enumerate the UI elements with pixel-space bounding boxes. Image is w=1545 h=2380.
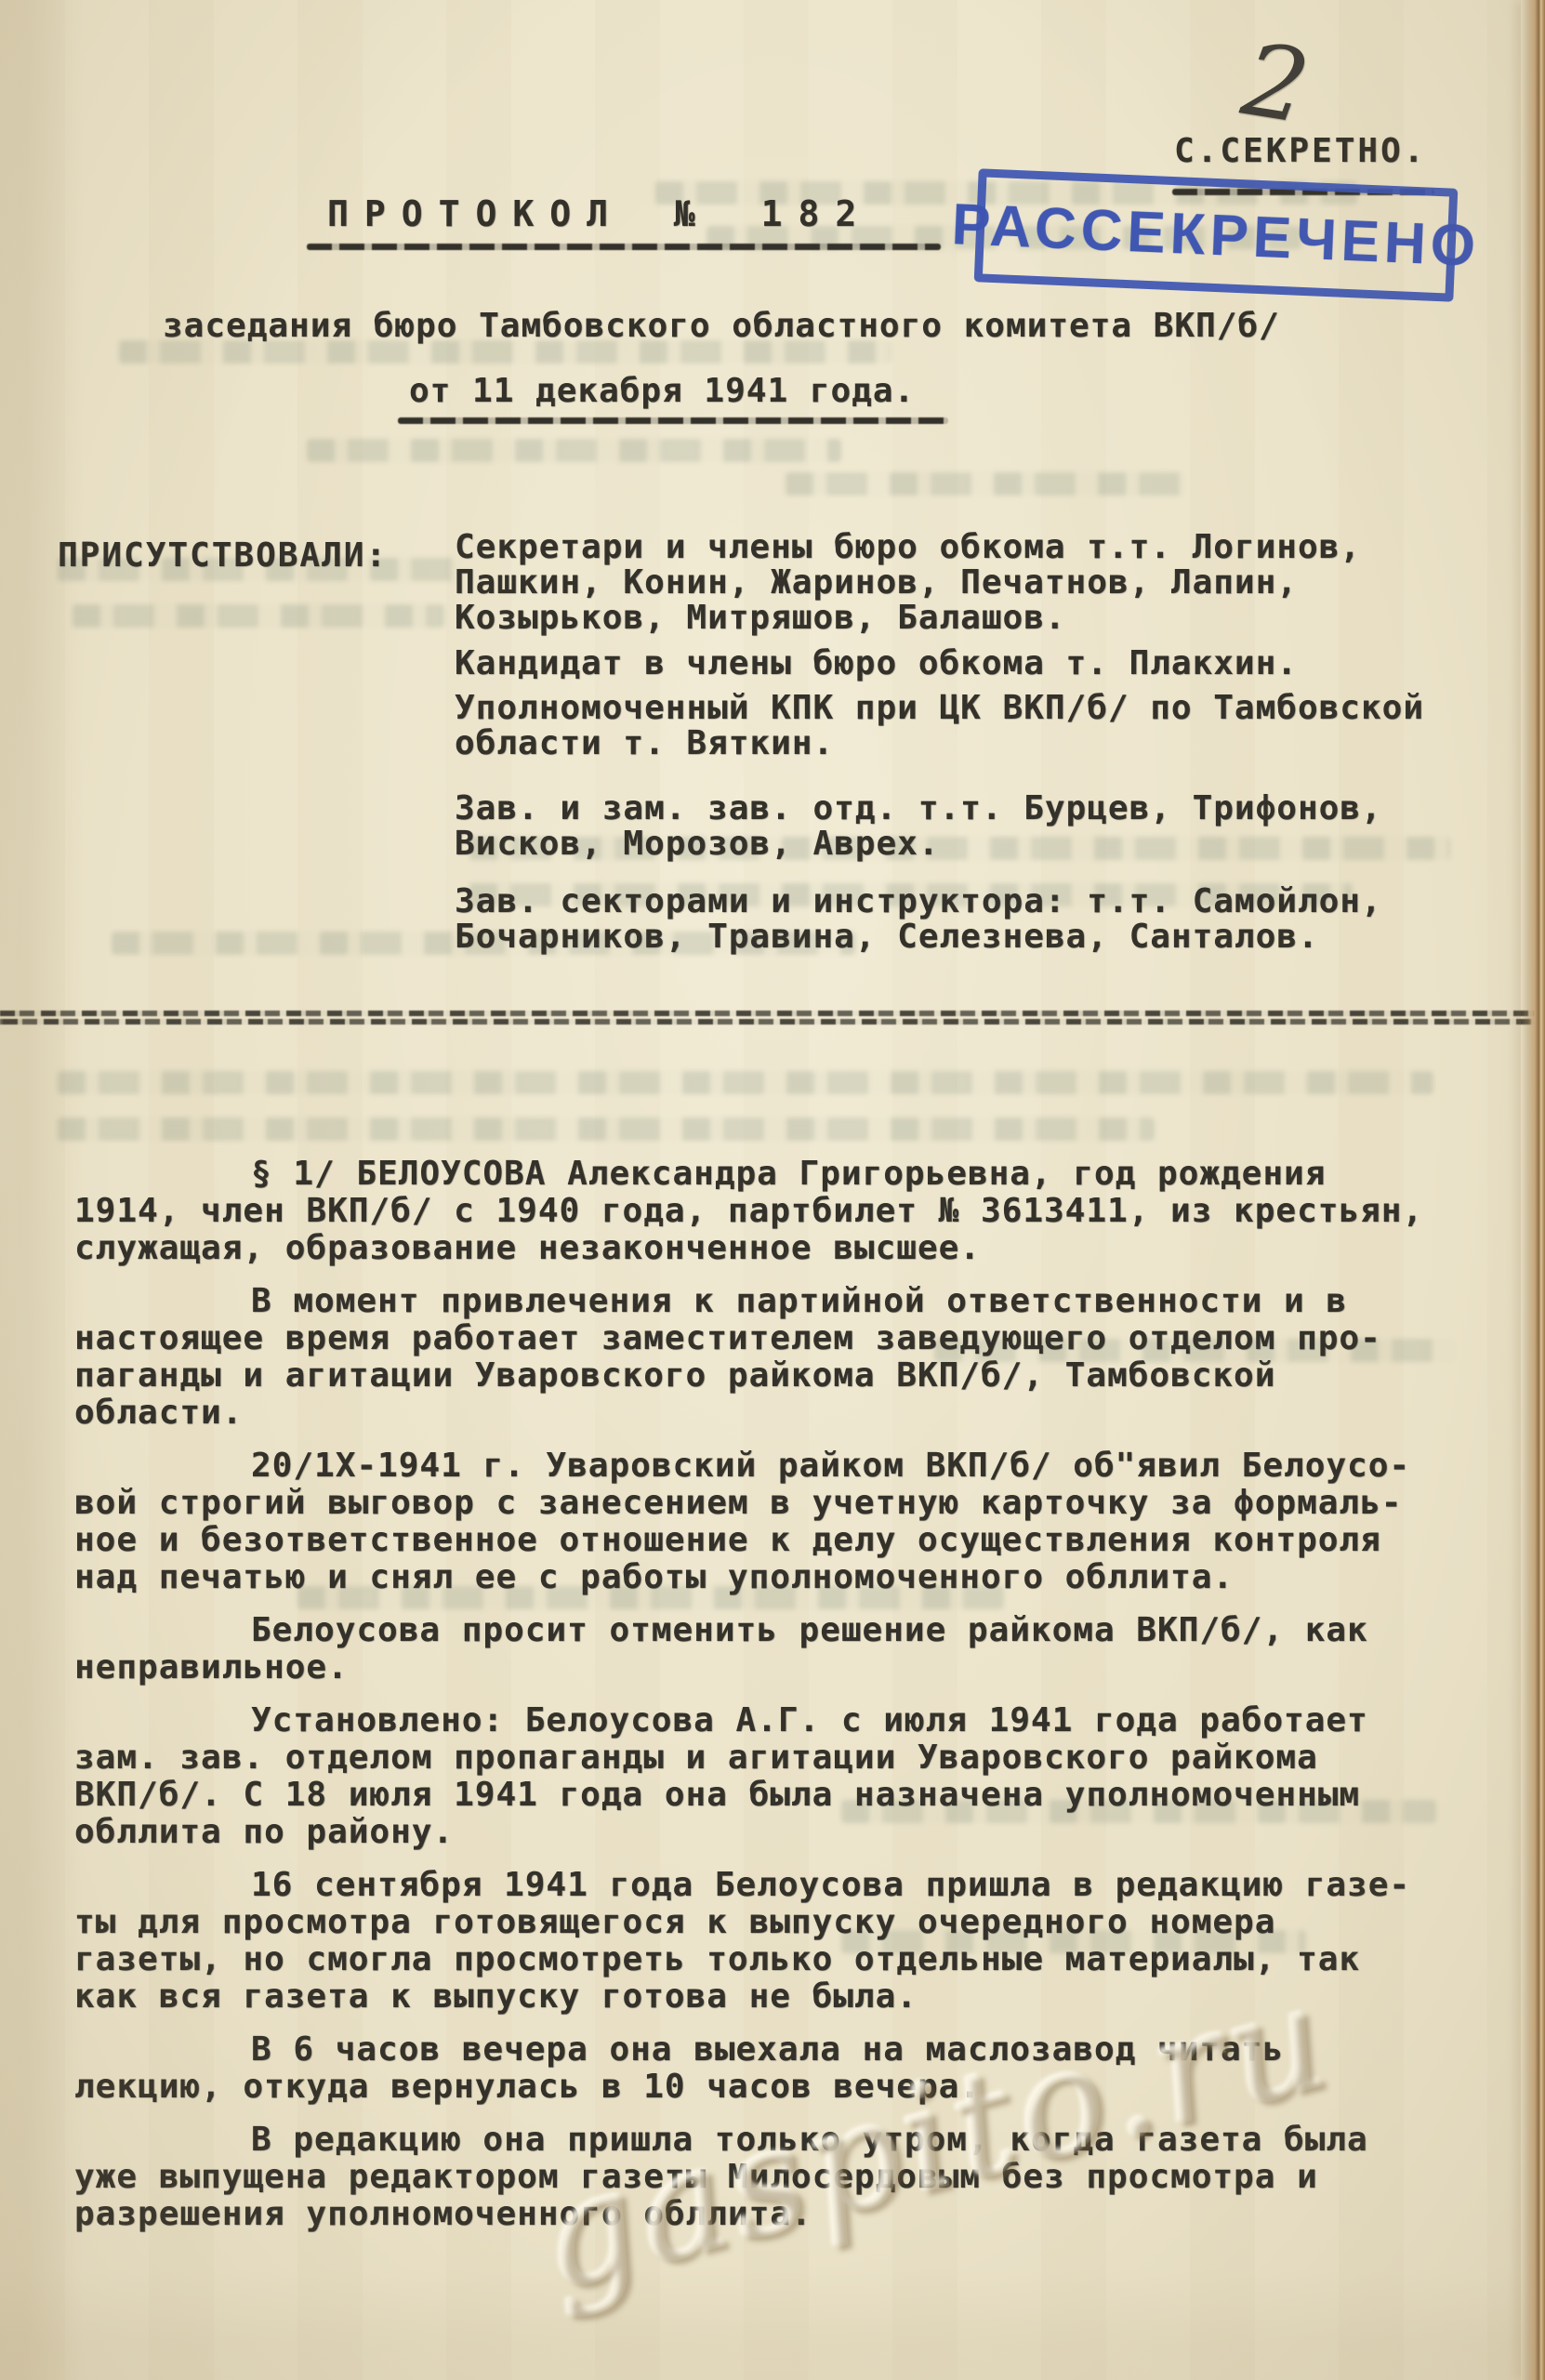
attendee-group-sector-heads: Зав. секторами и инструктора: т.т. Самой… [455, 884, 1482, 955]
attendees-label: ПРИСУТСТВОВАЛИ: [58, 536, 388, 575]
attendee-group-candidate: Кандидат в члены бюро обкома т. Плакхин. [455, 646, 1482, 681]
bleed-through [58, 1117, 1155, 1141]
attendees-list: Секретари и члены бюро обкома т.т. Логин… [455, 530, 1482, 965]
declassified-stamp: РАССЕКРЕЧЕНО [974, 168, 1459, 302]
classification-label: С.СЕКРЕТНО. [1174, 132, 1426, 170]
paragraph-evening-lecture: В 6 часов вечера она выехала на маслозав… [74, 2031, 1487, 2106]
bleed-through [73, 604, 444, 628]
protocol-subtitle: заседания бюро Тамбовского областного ко… [163, 307, 1280, 345]
protocol-date: от 11 декабря 1941 года. [409, 372, 915, 410]
attendee-group-department-heads: Зав. и зам. зав. отд. т.т. Бурцев, Трифо… [455, 791, 1482, 862]
protocol-title: ПРОТОКОЛ № 182 [327, 193, 872, 234]
paragraph-case-header: § 1/ БЕЛОУСОВА Александра Григорьевна, г… [74, 1156, 1487, 1267]
document-body: § 1/ БЕЛОУСОВА Александра Григорьевна, г… [74, 1156, 1487, 2249]
title-underline [307, 244, 941, 250]
bleed-through [307, 439, 841, 462]
page-stack-edge [1521, 0, 1545, 2380]
handwritten-page-number: 2 [1235, 21, 1316, 146]
declassified-stamp-text: РАССЕКРЕЧЕНО [951, 192, 1482, 280]
paragraph-reprimand: 20/1Х-1941 г. Уваровский райком ВКП/б/ о… [74, 1448, 1487, 1596]
attendee-group-kpk-commissioner: Уполномоченный КПК при ЦК ВКП/б/ по Тамб… [455, 691, 1482, 761]
bleed-through [58, 1071, 1433, 1094]
paragraph-september-16: 16 сентября 1941 года Белоусова пришла в… [74, 1867, 1487, 2016]
paragraph-morning-return: В редакцию она пришла только утром, когд… [74, 2122, 1487, 2233]
date-underline [398, 417, 948, 424]
bleed-through [786, 472, 1185, 496]
attendee-group-secretaries: Секретари и члены бюро обкома т.т. Логин… [455, 530, 1482, 636]
section-divider [0, 1010, 1545, 1026]
paragraph-current-position: В момент привлечения к партийной ответст… [74, 1283, 1487, 1432]
paragraph-established-facts: Установлено: Белоусова А.Г. с июля 1941 … [74, 1702, 1487, 1851]
paragraph-appeal: Белоусова просит отменить решение райком… [74, 1612, 1487, 1686]
document-page: 2 С.СЕКРЕТНО. РАССЕКРЕЧЕНО ПРОТОКОЛ № 18… [0, 0, 1545, 2380]
